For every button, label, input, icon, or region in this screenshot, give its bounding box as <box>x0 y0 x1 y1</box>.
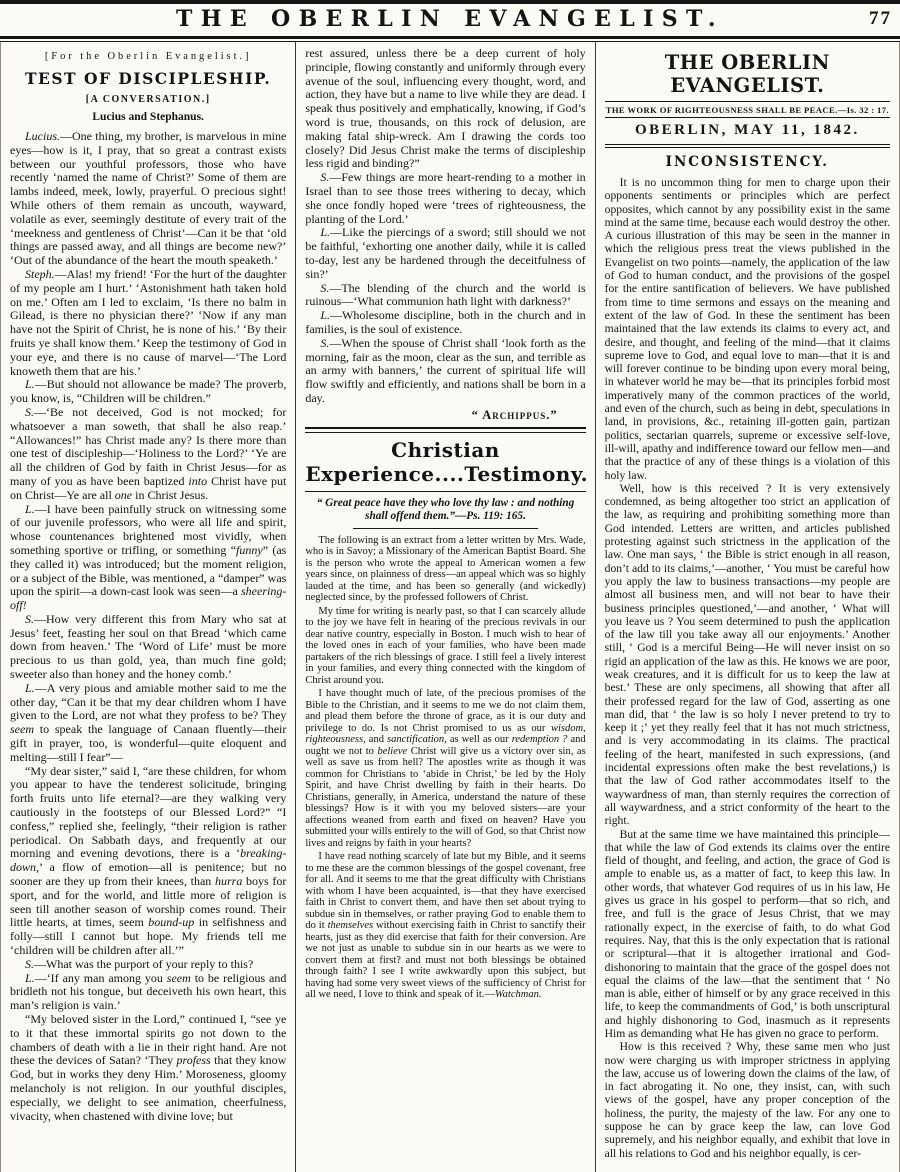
paragraph: Lucius.—One thing, my brother, is marvel… <box>10 130 286 268</box>
paragraph: S.—‘Be not deceived, God is not mocked; … <box>10 406 286 503</box>
paragraph: I have thought much of late, of the prec… <box>305 688 585 849</box>
paragraph: S.—The blending of the church and the wo… <box>305 282 585 310</box>
paragraph: L.—‘If any man among you seem to be reli… <box>10 972 286 1013</box>
paragraph: “My dear sister,” said I, “are these chi… <box>10 765 286 958</box>
editorial-title: INCONSISTENCY. <box>605 154 890 170</box>
paragraph: L.—Wholesome discipline, both in the chu… <box>305 309 585 337</box>
paragraph: But at the same time we have maintained … <box>605 828 890 1041</box>
column-masthead-title: THE OBERLIN EVANGELIST. <box>605 51 890 97</box>
section-divider-rule <box>305 427 585 433</box>
paragraph: S.—When the spouse of Christ shall ‘look… <box>305 337 585 406</box>
masthead-dateline: OBERLIN, MAY 11, 1842. <box>605 118 890 144</box>
paragraph: rest assured, unless there be a deep cur… <box>305 47 585 171</box>
heading-underline-rule <box>305 491 585 492</box>
page-number: 77 <box>869 8 892 30</box>
article-speakers-line: Lucius and Stephanus. <box>10 111 286 123</box>
paragraph: Steph.—Alas! my friend! ‘For the hurt of… <box>10 268 286 378</box>
column-left: [For the Oberlin Evangelist.] TEST OF DI… <box>1 42 296 1172</box>
column-right: THE OBERLIN EVANGELIST. THE WORK OF RIGH… <box>596 42 899 1172</box>
page-header: THE OBERLIN EVANGELIST. 77 <box>0 4 900 34</box>
letter-paragraphs: My time for writing is nearly past, so t… <box>305 606 585 1001</box>
paragraph: How is this received ? Why, these same m… <box>605 1040 890 1160</box>
section-heading: Christian Experience....Testimony. <box>305 438 585 486</box>
epigraph-underline-rule <box>353 528 538 529</box>
paragraph: I have read nothing scarcely of late but… <box>305 851 585 1001</box>
paragraph: It is no uncommon thing for men to charg… <box>605 176 890 482</box>
article-subtitle: [A CONVERSATION.] <box>10 94 286 105</box>
paragraph: S.—What was the purport of your reply to… <box>10 958 286 972</box>
article-title: TEST OF DISCIPLESHIP. <box>10 69 286 88</box>
paragraph: L.—A very pious and amiable mother said … <box>10 682 286 765</box>
article-attribution: [For the Oberlin Evangelist.] <box>10 51 286 62</box>
scripture-epigraph: “ Great peace have they who love thy law… <box>309 497 581 524</box>
dateline-divider-rule <box>605 144 890 148</box>
column-middle: rest assured, unless there be a deep cur… <box>296 42 595 1172</box>
paragraph: S.—Few things are more heart-rending to … <box>305 171 585 226</box>
paragraph: S.—How very different this from Mary who… <box>10 613 286 682</box>
masthead-motto: THE WORK OF RIGHTEOUSNESS SHALL BE PEACE… <box>605 102 890 117</box>
newspaper-title: THE OBERLIN EVANGELIST. <box>0 6 900 32</box>
editorial-paragraphs: It is no uncommon thing for men to charg… <box>605 176 890 1160</box>
paragraph: L.—Like the piercings of a sword; still … <box>305 226 585 281</box>
article-signature: “ Archippus.” <box>305 408 585 423</box>
letter-section: The following is an extract from a lette… <box>305 535 585 1001</box>
newspaper-page: THE OBERLIN EVANGELIST. 77 [For the Ober… <box>0 0 900 1172</box>
paragraph: L.—I have been painfully struck on witne… <box>10 503 286 613</box>
paragraph: Well, how is this received ? It is very … <box>605 482 890 828</box>
paragraph: My time for writing is nearly past, so t… <box>305 606 585 687</box>
paragraph: L.—But should not allowance be made? The… <box>10 378 286 406</box>
editor-introduction: The following is an extract from a lette… <box>305 535 585 604</box>
dialog-paragraphs-middle: rest assured, unless there be a deep cur… <box>305 47 585 406</box>
columns-container: [For the Oberlin Evangelist.] TEST OF DI… <box>0 42 900 1172</box>
dialog-paragraphs-left: Lucius.—One thing, my brother, is marvel… <box>10 130 286 1123</box>
paragraph: “My beloved sister in the Lord,” continu… <box>10 1013 286 1123</box>
